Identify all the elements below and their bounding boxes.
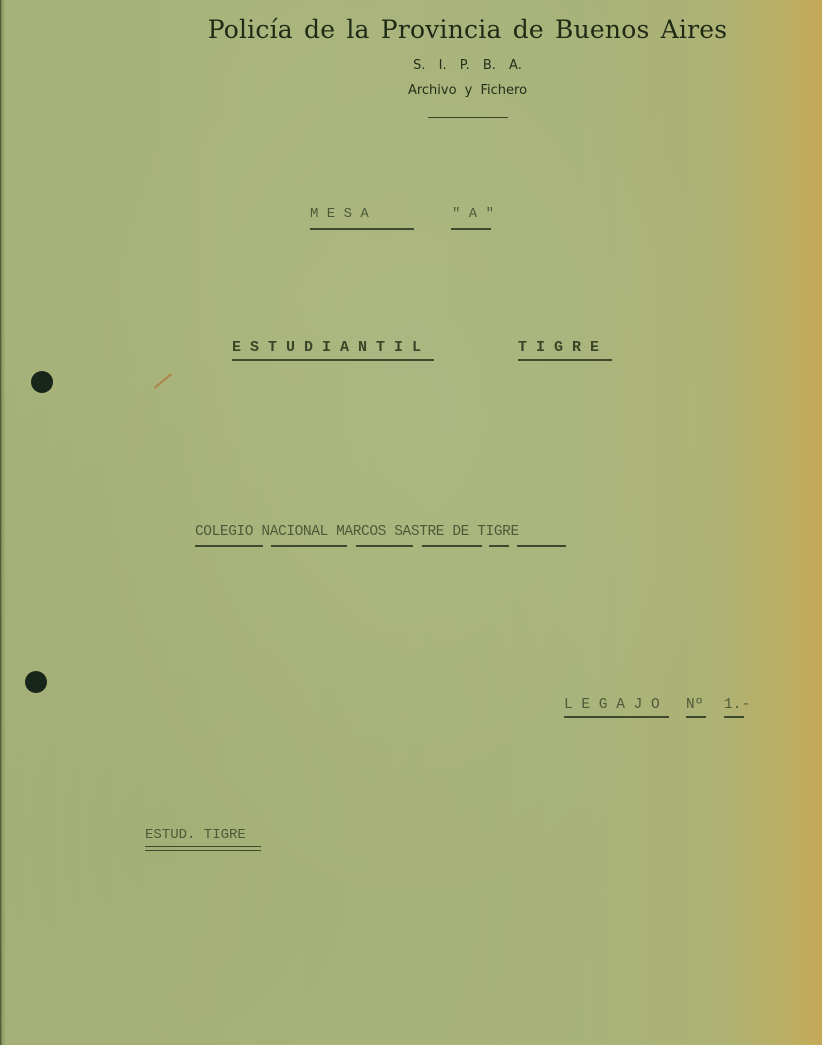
punch-hole-upper [31, 371, 53, 393]
category-underline [232, 359, 434, 361]
legajo-label-underline [564, 716, 669, 718]
pencil-mark [154, 373, 172, 389]
index-tag-underline [145, 846, 261, 851]
legajo-number-sign: Nº [686, 697, 703, 713]
mesa-value-underline [451, 228, 491, 230]
agency-acronym: S. I. P. B. A. [0, 58, 822, 73]
subject-underline-4 [422, 545, 482, 547]
subject-underline-6 [517, 545, 566, 547]
paper-background [0, 0, 822, 1045]
punch-hole-lower [25, 671, 47, 693]
legajo-number: 1.- [724, 697, 750, 713]
department-name: Archivo y Fichero [0, 83, 822, 98]
subject-underline-1 [195, 545, 263, 547]
letterhead-title: Policía de la Provincia de Buenos Aires [0, 15, 822, 44]
location-heading: T I G R E [518, 339, 599, 356]
category-heading: E S T U D I A N T I L [232, 339, 421, 356]
mesa-value: " A " [452, 206, 494, 222]
legajo-number-underline [724, 716, 744, 718]
index-tag: ESTUD. TIGRE [145, 827, 246, 843]
subject-title: COLEGIO NACIONAL MARCOS SASTRE DE TIGRE [195, 524, 519, 540]
mesa-label: M E S A [310, 206, 369, 222]
subject-underline-5 [489, 545, 509, 547]
mesa-label-underline [310, 228, 414, 230]
letterhead-divider [428, 117, 508, 118]
legajo-sign-underline [686, 716, 706, 718]
legajo-label: L E G A J O [564, 697, 660, 713]
location-underline [518, 359, 612, 361]
subject-underline-3 [356, 545, 413, 547]
subject-underline-2 [271, 545, 347, 547]
